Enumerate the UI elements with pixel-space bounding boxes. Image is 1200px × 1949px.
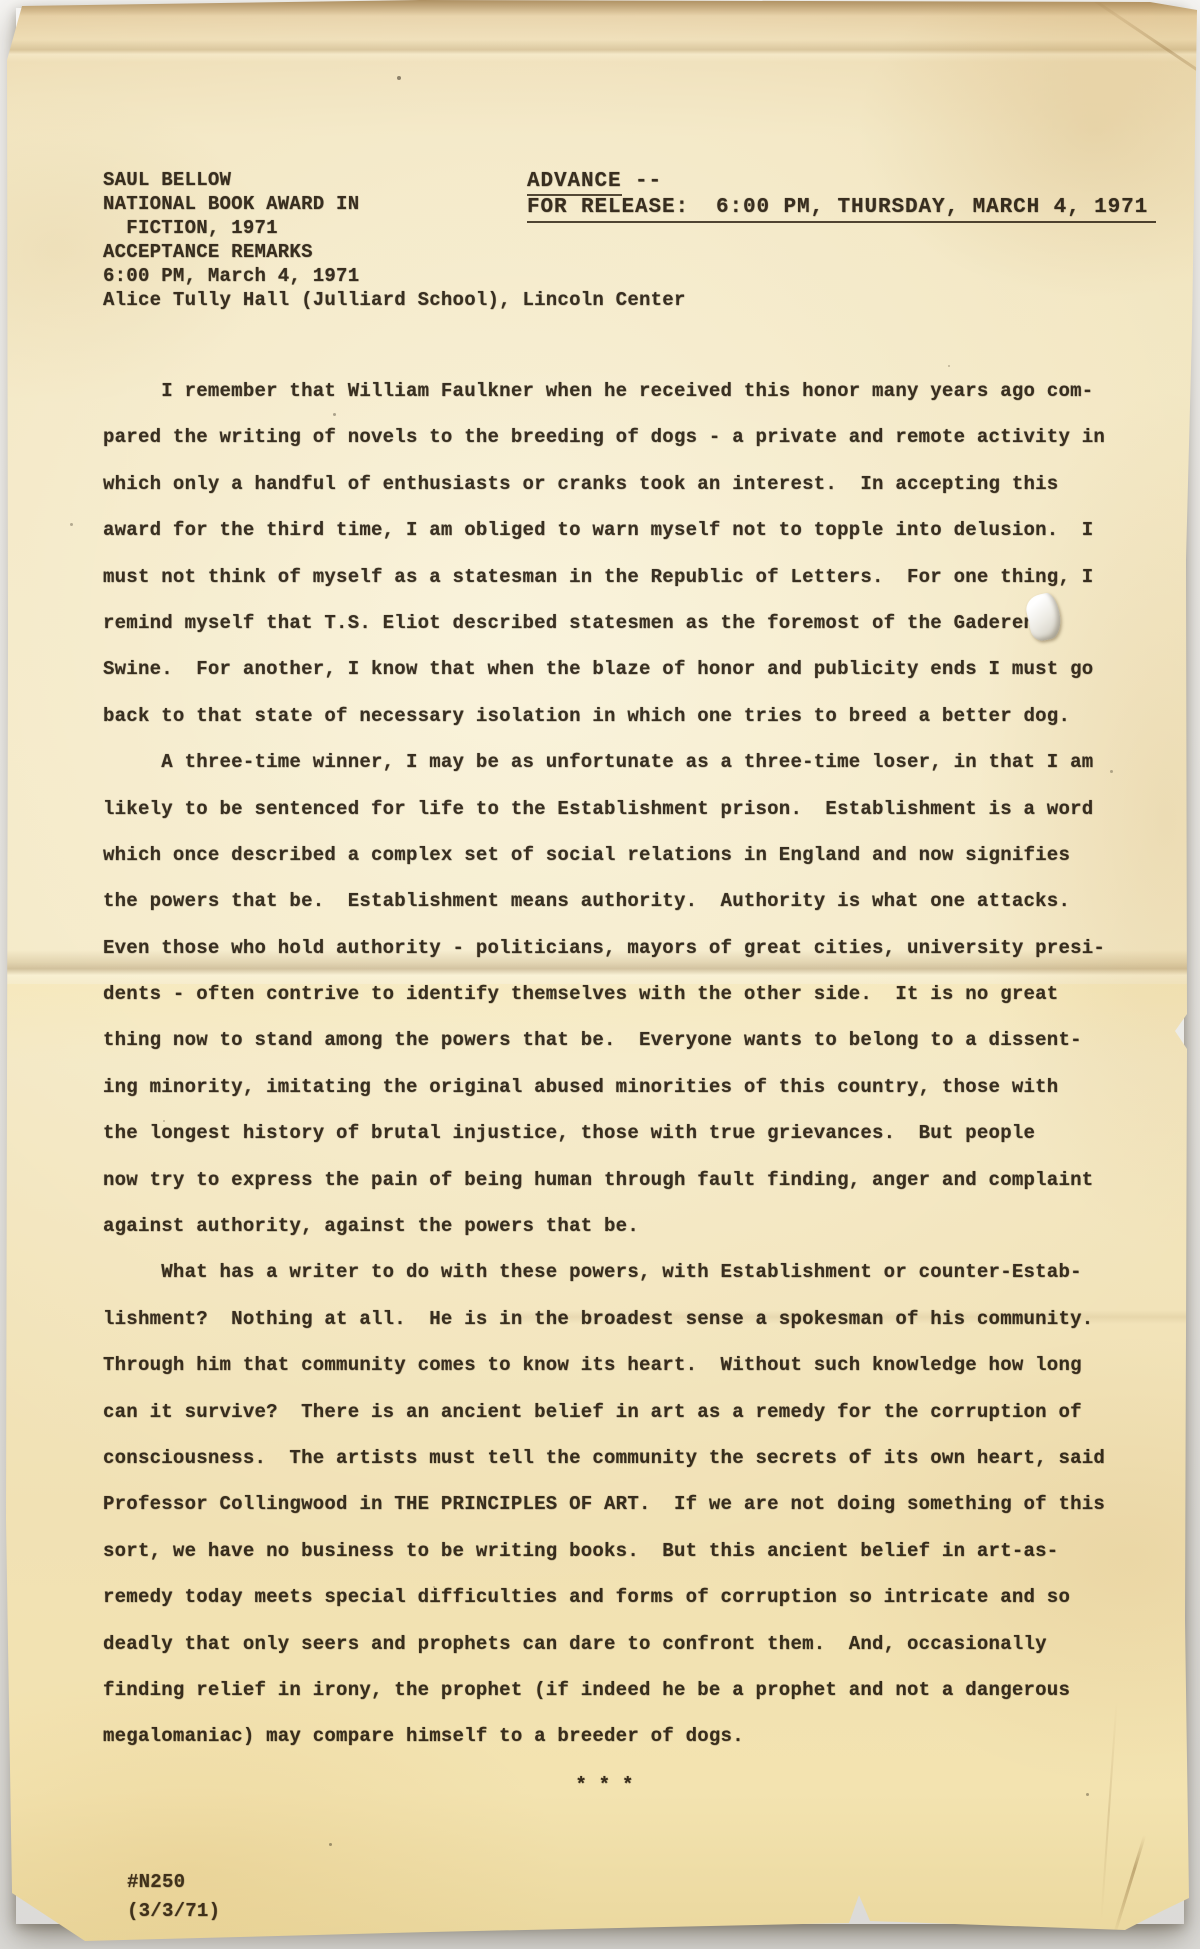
text-line: the powers that be. Establishment means …	[103, 878, 1123, 924]
text-line: deadly that only seers and prophets can …	[103, 1621, 1123, 1667]
ink-speck	[329, 1843, 332, 1846]
advance-label: ADVANCE	[527, 170, 622, 196]
text-line: consciousness. The artists must tell the…	[103, 1435, 1123, 1481]
paper-top-edge	[0, 0, 1200, 16]
text-line: must not think of myself as a statesman …	[103, 554, 1123, 600]
text-line: now try to express the pain of being hum…	[103, 1157, 1123, 1203]
text-line: lishment? Nothing at all. He is in the b…	[103, 1296, 1123, 1342]
advance-dashes: --	[622, 170, 663, 193]
corner-crease-top-right	[1078, 0, 1200, 114]
text-line: likely to be sentenced for life to the E…	[103, 786, 1123, 832]
text-line: back to that state of necessary isolatio…	[103, 693, 1123, 739]
paragraph-2: A three-time winner, I may be as unfortu…	[103, 739, 1123, 1249]
text-line: What has a writer to do with these power…	[103, 1249, 1123, 1295]
text-line: Through him that community comes to know…	[103, 1342, 1123, 1388]
text-line: remedy today meets special difficulties …	[103, 1574, 1123, 1620]
text-line: the longest history of brutal injustice,…	[103, 1110, 1123, 1156]
advance-line: ADVANCE --	[527, 169, 1156, 195]
text-line: can it survive? There is an ancient beli…	[103, 1389, 1123, 1435]
text-line: finding relief in irony, the prophet (if…	[103, 1667, 1123, 1713]
ink-speck	[70, 523, 73, 526]
footer-mimeo-number: #N250	[127, 1868, 220, 1897]
document-body: I remember that William Faulkner when he…	[103, 368, 1123, 1760]
document-type: ACCEPTANCE REMARKS	[103, 240, 686, 264]
text-line: dents - often contrive to identify thems…	[103, 971, 1123, 1017]
text-line: which once described a complex set of so…	[103, 832, 1123, 878]
paragraph-3: What has a writer to do with these power…	[103, 1249, 1123, 1759]
fold-crease-top	[0, 40, 1200, 62]
document-footer: #N250 (3/3/71)	[127, 1868, 220, 1926]
text-line: Swine. For another, I know that when the…	[103, 646, 1123, 692]
text-line: Even those who hold authority - politici…	[103, 925, 1123, 971]
paragraph-1: I remember that William Faulkner when he…	[103, 368, 1123, 739]
text-line: which only a handful of enthusiasts or c…	[103, 461, 1123, 507]
text-line: I remember that William Faulkner when he…	[103, 368, 1123, 414]
ink-speck	[397, 76, 401, 80]
release-header: ADVANCE -- FOR RELEASE: 6:00 PM, THURSDA…	[527, 169, 1156, 221]
text-line: sort, we have no business to be writing …	[103, 1528, 1123, 1574]
text-line: award for the third time, I am obliged t…	[103, 507, 1123, 553]
document-page: SAUL BELLOW NATIONAL BOOK AWARD IN FICTI…	[0, 0, 1200, 1949]
ink-speck	[948, 365, 950, 367]
text-line: megalomaniac) may compare himself to a b…	[103, 1713, 1123, 1759]
section-separator: * * *	[103, 1762, 1106, 1808]
text-line: against authority, against the powers th…	[103, 1203, 1123, 1249]
text-line: pared the writing of novels to the breed…	[103, 414, 1123, 460]
event-datetime: 6:00 PM, March 4, 1971	[103, 264, 686, 288]
text-line: thing now to stand among the powers that…	[103, 1017, 1123, 1063]
release-line: FOR RELEASE: 6:00 PM, THURSDAY, MARCH 4,…	[527, 195, 1156, 221]
text-line: ing minority, imitating the original abu…	[103, 1064, 1123, 1110]
corner-crease-bottom-right	[1113, 1835, 1146, 1935]
footer-date: (3/3/71)	[127, 1897, 220, 1926]
scan-backdrop: SAUL BELLOW NATIONAL BOOK AWARD IN FICTI…	[0, 0, 1200, 1949]
release-text: FOR RELEASE: 6:00 PM, THURSDAY, MARCH 4,…	[527, 196, 1156, 223]
event-location: Alice Tully Hall (Julliard School), Linc…	[103, 288, 686, 312]
text-line: A three-time winner, I may be as unfortu…	[103, 739, 1123, 785]
text-line: Professor Collingwood in THE PRINCIPLES …	[103, 1481, 1123, 1527]
text-line: remind myself that T.S. Eliot described …	[103, 600, 1123, 646]
